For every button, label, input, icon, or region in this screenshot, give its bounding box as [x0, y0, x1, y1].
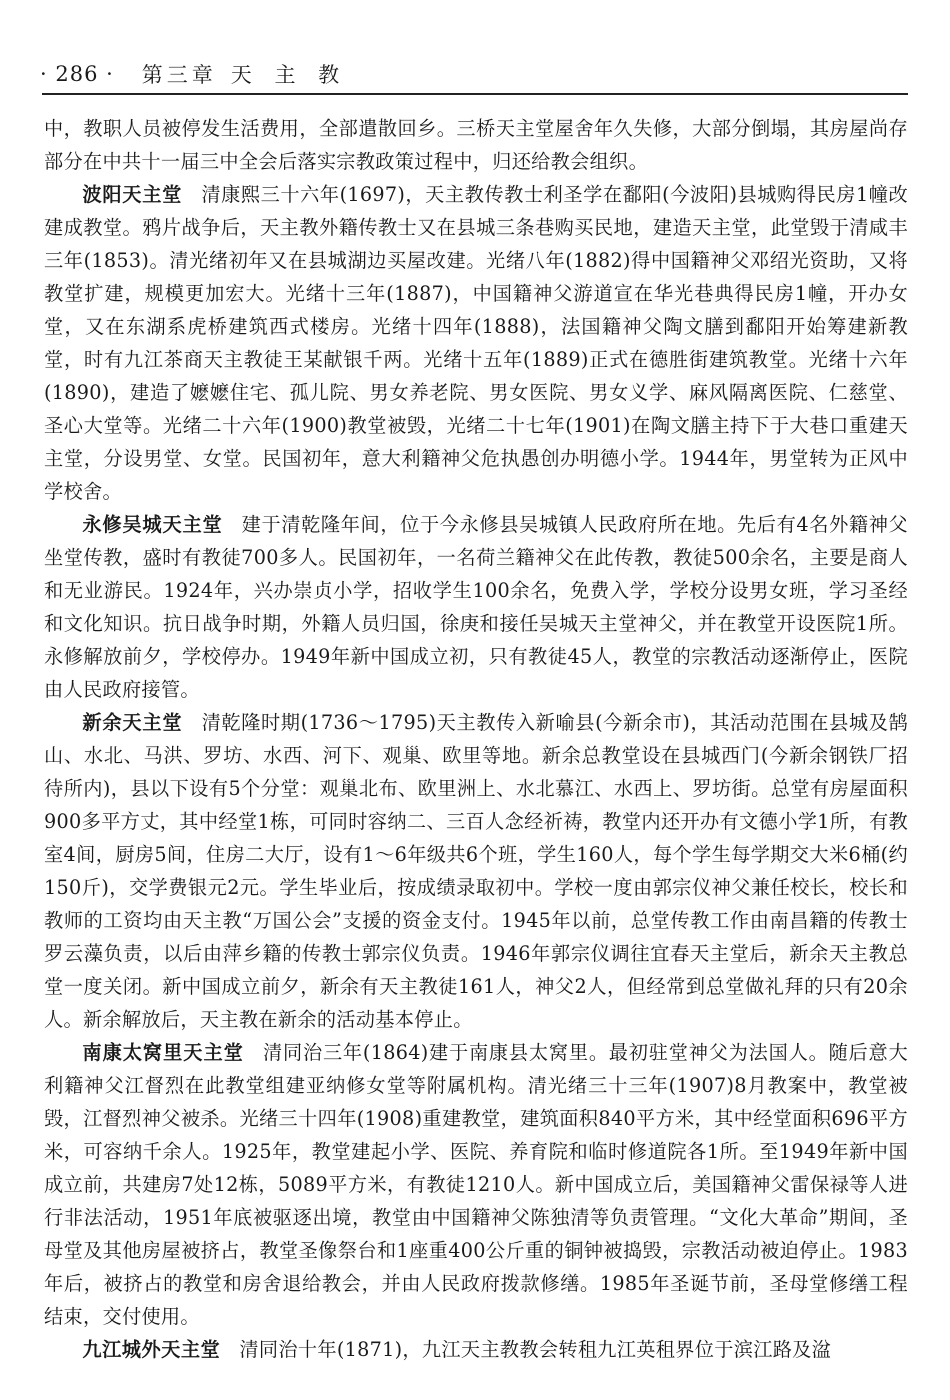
chapter-number: 第三章 [142, 63, 217, 87]
entry-text: 清同治三年(1864)建于南康县太窝里。最初驻堂神父为法国人。随后意大利籍神父江… [44, 1041, 908, 1328]
entry-jiujiang-outer-city-church: 九江城外天主堂清同治十年(1871)，九江天主教教会转租九江英租界位于滨江路及湓 [44, 1333, 908, 1366]
entry-title: 新余天主堂 [82, 711, 182, 734]
paragraph-continued: 中，教职人员被停发生活费用，全部遣散回乡。三桥天主堂屋舍年久失修，大部分倒塌，其… [44, 112, 908, 178]
body-text: 中，教职人员被停发生活费用，全部遣散回乡。三桥天主堂屋舍年久失修，大部分倒塌，其… [44, 112, 908, 1366]
entry-text: 清同治十年(1871)，九江天主教教会转租九江英租界位于滨江路及湓 [239, 1338, 831, 1361]
entry-title: 永修吴城天主堂 [82, 513, 222, 536]
running-header: · 286 · 第三章天 主 教 [40, 56, 910, 92]
chapter-title: 第三章天 主 教 [142, 59, 347, 89]
entry-text: 清乾隆时期(1736～1795)天主教传入新喻县(今新余市)，其活动范围在县城及… [44, 711, 908, 1031]
chapter-subject: 天 主 教 [231, 63, 347, 87]
entry-title: 波阳天主堂 [82, 183, 182, 206]
entry-xinyu-church: 新余天主堂清乾隆时期(1736～1795)天主教传入新喻县(今新余市)，其活动范… [44, 706, 908, 1036]
entry-title: 九江城外天主堂 [82, 1338, 220, 1361]
page-number: · 286 · [40, 62, 114, 86]
entry-yongxiu-wucheng-church: 永修吴城天主堂建于清乾隆年间，位于今永修县吴城镇人民政府所在地。先后有4名外籍神… [44, 508, 908, 706]
header-rule [42, 93, 908, 95]
entry-title: 南康太窝里天主堂 [82, 1041, 243, 1064]
paragraph-text: 中，教职人员被停发生活费用，全部遣散回乡。三桥天主堂屋舍年久失修，大部分倒塌，其… [44, 117, 908, 173]
entry-text: 建于清乾隆年间，位于今永修县吴城镇人民政府所在地。先后有4名外籍神父坐堂传教，盛… [44, 513, 908, 701]
entry-boyang-church: 波阳天主堂清康熙三十六年(1697)，天主教传教士利圣学在鄱阳(今波阳)县城购得… [44, 178, 908, 508]
entry-nankang-taiwoli-church: 南康太窝里天主堂清同治三年(1864)建于南康县太窝里。最初驻堂神父为法国人。随… [44, 1036, 908, 1333]
entry-text: 清康熙三十六年(1697)，天主教传教士利圣学在鄱阳(今波阳)县城购得民房1幢改… [44, 183, 908, 503]
